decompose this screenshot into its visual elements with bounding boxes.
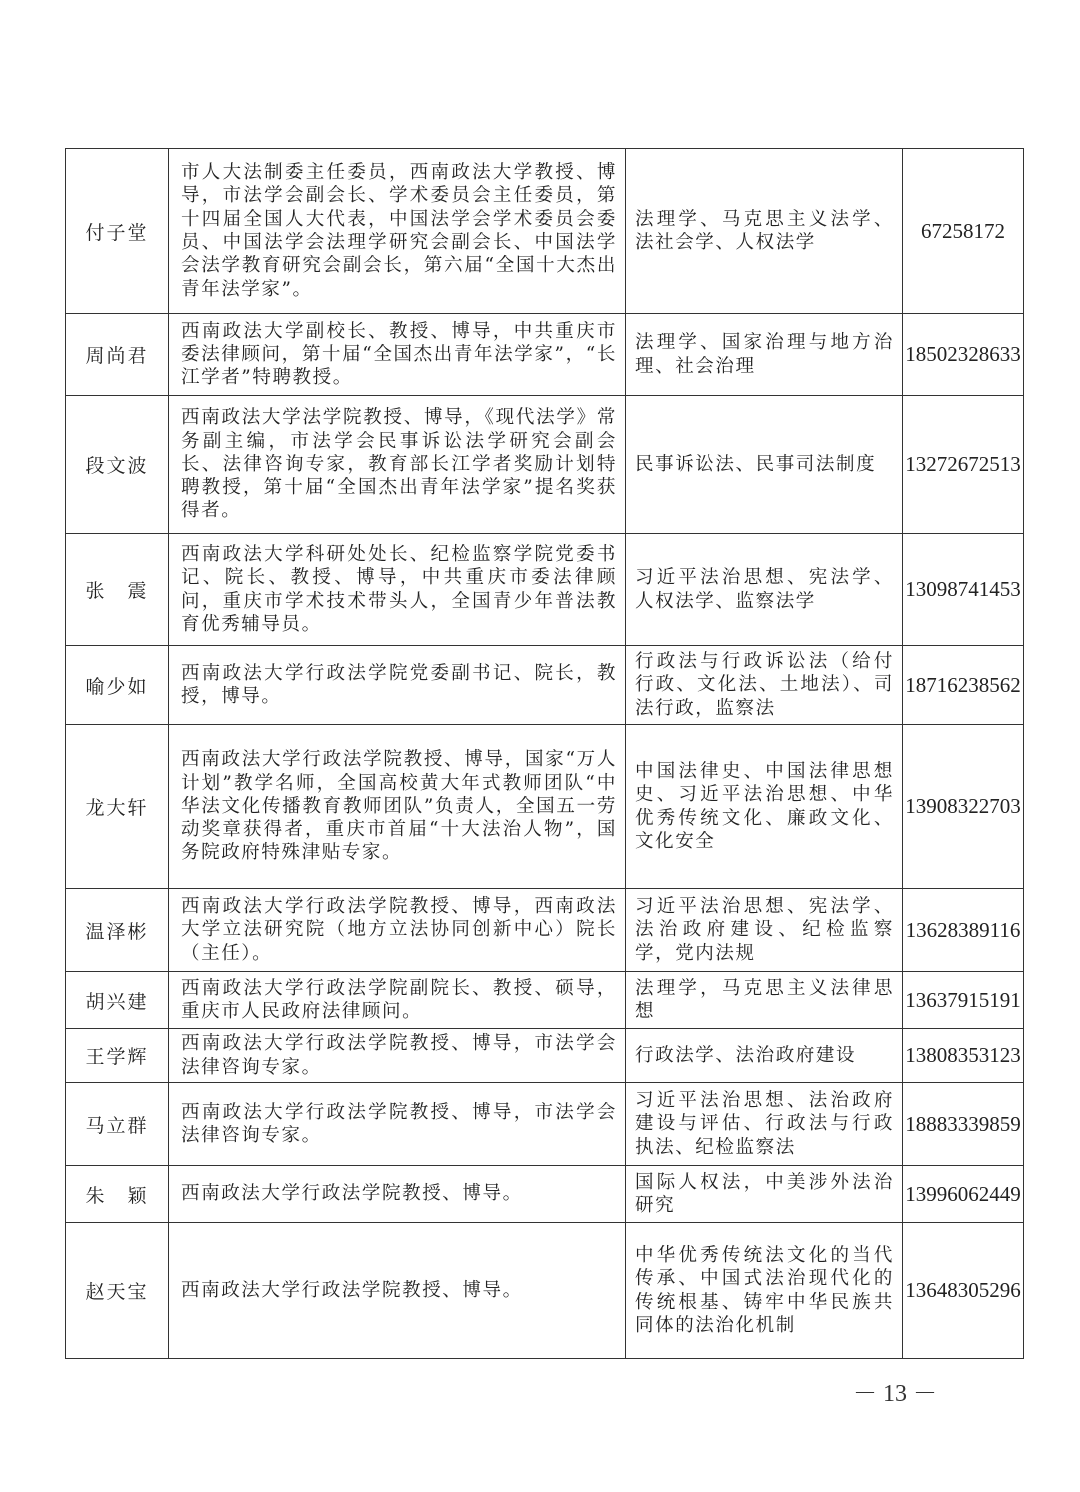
expert-name: 张 震 xyxy=(66,534,169,646)
expert-title-bio: 西南政法大学副校长、教授、博导，中共重庆市委法律顾问，第十届“全国杰出青年法学家… xyxy=(169,314,626,396)
expert-title-bio: 西南政法大学行政法学院教授、博导。 xyxy=(169,1223,626,1359)
table-row: 喻少如 西南政法大学行政法学院党委副书记、院长，教授，博导。 行政法与行政诉讼法… xyxy=(66,646,1024,725)
table-row: 胡兴建 西南政法大学行政法学院副院长、教授、硕导，重庆市人民政府法律顾问。 法理… xyxy=(66,972,1024,1029)
expert-title-bio: 西南政法大学行政法学院教授、博导，国家“万人计划”教学名师，全国高校黄大年式教师… xyxy=(169,725,626,889)
expert-phone: 13648305296 xyxy=(903,1223,1024,1359)
table-row: 周尚君 西南政法大学副校长、教授、博导，中共重庆市委法律顾问，第十届“全国杰出青… xyxy=(66,314,1024,396)
expert-phone: 13996062449 xyxy=(903,1166,1024,1223)
table-row: 赵天宝 西南政法大学行政法学院教授、博导。 中华优秀传统法文化的当代传承、中国式… xyxy=(66,1223,1024,1359)
expert-name: 付子堂 xyxy=(66,149,169,314)
expert-phone: 18502328633 xyxy=(903,314,1024,396)
expert-research-field: 习近平法治思想、宪法学、人权法学、监察法学 xyxy=(626,534,903,646)
expert-research-field: 行政法与行政诉讼法（给付行政、文化法、土地法）、司法行政，监察法 xyxy=(626,646,903,725)
table-row: 朱 颖 西南政法大学行政法学院教授、博导。 国际人权法，中美涉外法治研究 139… xyxy=(66,1166,1024,1223)
expert-research-field: 中国法律史、中国法律思想史、习近平法治思想、中华优秀传统文化、廉政文化、文化安全 xyxy=(626,725,903,889)
expert-research-field: 法理学、国家治理与地方治理、社会治理 xyxy=(626,314,903,396)
expert-phone: 13637915191 xyxy=(903,972,1024,1029)
expert-name: 马立群 xyxy=(66,1083,169,1166)
expert-name: 段文波 xyxy=(66,396,169,534)
expert-title-bio: 西南政法大学行政法学院教授、博导，市法学会法律咨询专家。 xyxy=(169,1029,626,1083)
expert-title-bio: 西南政法大学行政法学院教授、博导。 xyxy=(169,1166,626,1223)
expert-name: 赵天宝 xyxy=(66,1223,169,1359)
expert-name: 周尚君 xyxy=(66,314,169,396)
expert-name: 喻少如 xyxy=(66,646,169,725)
page-number: － 13 － xyxy=(0,1373,1080,1408)
expert-name: 胡兴建 xyxy=(66,972,169,1029)
expert-name: 朱 颖 xyxy=(66,1166,169,1223)
expert-phone: 13272672513 xyxy=(903,396,1024,534)
table-row: 张 震 西南政法大学科研处处长、纪检监察学院党委书记、院长、教授、博导，中共重庆… xyxy=(66,534,1024,646)
expert-name: 王学辉 xyxy=(66,1029,169,1083)
expert-phone: 67258172 xyxy=(903,149,1024,314)
table-row: 王学辉 西南政法大学行政法学院教授、博导，市法学会法律咨询专家。 行政法学、法治… xyxy=(66,1029,1024,1083)
expert-title-bio: 西南政法大学行政法学院教授、博导，西南政法大学立法研究院（地方立法协同创新中心）… xyxy=(169,889,626,972)
table-row: 段文波 西南政法大学法学院教授、博导，《现代法学》常务副主编，市法学会民事诉讼法… xyxy=(66,396,1024,534)
expert-research-field: 法理学，马克思主义法律思想 xyxy=(626,972,903,1029)
expert-roster-table: 付子堂 市人大法制委主任委员，西南政法大学教授、博导，市法学会副会长、学术委员会… xyxy=(65,148,1024,1359)
expert-title-bio: 市人大法制委主任委员，西南政法大学教授、博导，市法学会副会长、学术委员会主任委员… xyxy=(169,149,626,314)
table-row: 马立群 西南政法大学行政法学院教授、博导，市法学会法律咨询专家。 习近平法治思想… xyxy=(66,1083,1024,1166)
table-row: 温泽彬 西南政法大学行政法学院教授、博导，西南政法大学立法研究院（地方立法协同创… xyxy=(66,889,1024,972)
expert-phone: 13808353123 xyxy=(903,1029,1024,1083)
expert-name: 温泽彬 xyxy=(66,889,169,972)
expert-research-field: 法理学、马克思主义法学、法社会学、人权法学 xyxy=(626,149,903,314)
table-row: 付子堂 市人大法制委主任委员，西南政法大学教授、博导，市法学会副会长、学术委员会… xyxy=(66,149,1024,314)
expert-phone: 13908322703 xyxy=(903,725,1024,889)
expert-title-bio: 西南政法大学行政法学院教授、博导，市法学会法律咨询专家。 xyxy=(169,1083,626,1166)
expert-title-bio: 西南政法大学法学院教授、博导，《现代法学》常务副主编，市法学会民事诉讼法学研究会… xyxy=(169,396,626,534)
expert-research-field: 习近平法治思想、宪法学、法治政府建设、纪检监察学，党内法规 xyxy=(626,889,903,972)
expert-research-field: 中华优秀传统法文化的当代传承、中国式法治现代化的传统根基、铸牢中华民族共同体的法… xyxy=(626,1223,903,1359)
expert-phone: 18716238562 xyxy=(903,646,1024,725)
expert-research-field: 习近平法治思想、法治政府建设与评估、行政法与行政执法、纪检监察法 xyxy=(626,1083,903,1166)
expert-research-field: 民事诉讼法、民事司法制度 xyxy=(626,396,903,534)
expert-phone: 13628389116 xyxy=(903,889,1024,972)
roster-body: 付子堂 市人大法制委主任委员，西南政法大学教授、博导，市法学会副会长、学术委员会… xyxy=(66,149,1024,1359)
expert-title-bio: 西南政法大学行政法学院副院长、教授、硕导，重庆市人民政府法律顾问。 xyxy=(169,972,626,1029)
expert-title-bio: 西南政法大学行政法学院党委副书记、院长，教授，博导。 xyxy=(169,646,626,725)
expert-research-field: 国际人权法，中美涉外法治研究 xyxy=(626,1166,903,1223)
expert-phone: 18883339859 xyxy=(903,1083,1024,1166)
expert-phone: 13098741453 xyxy=(903,534,1024,646)
expert-name: 龙大轩 xyxy=(66,725,169,889)
expert-title-bio: 西南政法大学科研处处长、纪检监察学院党委书记、院长、教授、博导，中共重庆市委法律… xyxy=(169,534,626,646)
table-row: 龙大轩 西南政法大学行政法学院教授、博导，国家“万人计划”教学名师，全国高校黄大… xyxy=(66,725,1024,889)
expert-research-field: 行政法学、法治政府建设 xyxy=(626,1029,903,1083)
